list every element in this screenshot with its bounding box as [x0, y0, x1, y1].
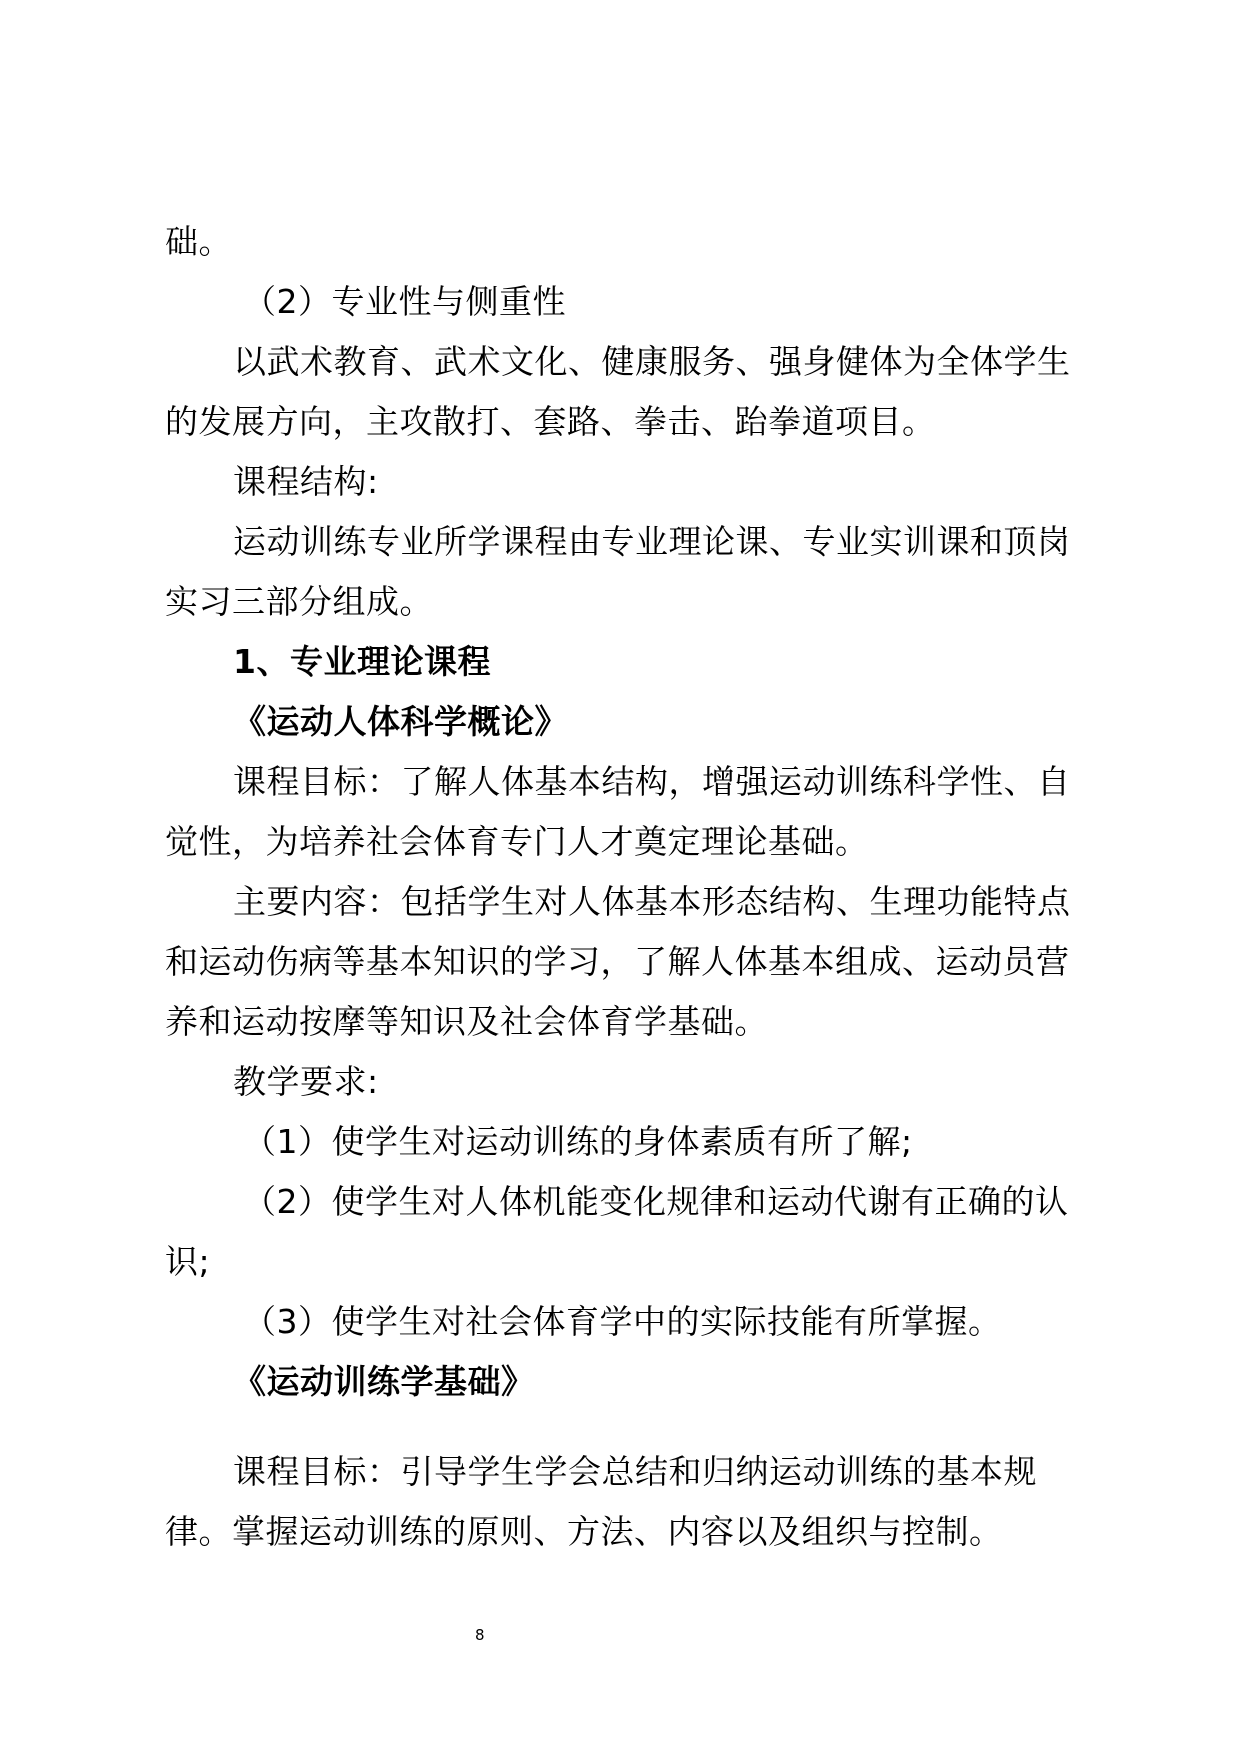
section-label: 课程结构: [233, 462, 379, 502]
paragraph-line: 律。掌握运动训练的原则、方法、内容以及组织与控制。 [165, 1512, 1003, 1552]
paragraph-line: 以武术教育、武术文化、健康服务、强身健体为全体学生 [233, 342, 1071, 382]
list-item: （1）使学生对运动训练的身体素质有所了解; [243, 1122, 913, 1162]
paragraph-line: 的发展方向，主攻散打、套路、拳击、跆拳道项目。 [165, 402, 936, 442]
document-page: 础。 （2）专业性与侧重性 以武术教育、武术文化、健康服务、强身健体为全体学生 … [0, 0, 1240, 1754]
paragraph-line: 础。 [165, 222, 232, 262]
paragraph-line: 课程目标：引导学生学会总结和归纳运动训练的基本规 [233, 1452, 1037, 1492]
page-number: 8 [475, 1626, 485, 1644]
section-heading: 1、专业理论课程 [233, 642, 491, 682]
list-item: （2）使学生对人体机能变化规律和运动代谢有正确的认 [243, 1182, 1069, 1222]
course-title: 《运动人体科学概论》 [233, 702, 568, 742]
section-label: 教学要求: [233, 1062, 379, 1102]
paragraph-line: 养和运动按摩等知识及社会体育学基础。 [165, 1002, 768, 1042]
paragraph-line: 运动训练专业所学课程由专业理论课、专业实训课和顶岗 [233, 522, 1071, 562]
list-item: （3）使学生对社会体育学中的实际技能有所掌握。 [243, 1302, 1002, 1342]
course-title: 《运动训练学基础》 [233, 1362, 535, 1402]
paragraph-line: 主要内容：包括学生对人体基本形态结构、生理功能特点 [233, 882, 1071, 922]
subsection-heading: （2）专业性与侧重性 [243, 282, 566, 322]
paragraph-line: 和运动伤病等基本知识的学习，了解人体基本组成、运动员营 [165, 942, 1070, 982]
paragraph-line: 课程目标：了解人体基本结构，增强运动训练科学性、自 [233, 762, 1071, 802]
paragraph-line: 实习三部分组成。 [165, 582, 433, 622]
paragraph-line: 觉性，为培养社会体育专门人才奠定理论基础。 [165, 822, 869, 862]
list-item-continuation: 识; [165, 1242, 210, 1282]
